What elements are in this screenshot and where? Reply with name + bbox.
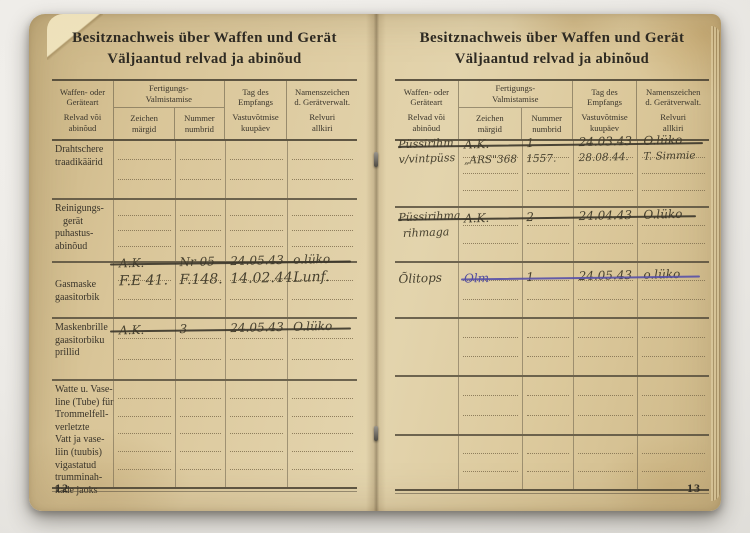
cell-nummer	[175, 381, 225, 487]
dotted-guide-line	[642, 243, 705, 244]
dotted-guide-line	[118, 359, 171, 360]
cell-zeichen	[458, 377, 522, 434]
dotted-guide-line	[180, 416, 221, 417]
dotted-guide-line	[292, 359, 353, 360]
cell-unterschrift	[287, 319, 357, 379]
cell-nummer	[175, 319, 225, 379]
dotted-guide-line	[527, 337, 569, 338]
table-header: Waffen- oder Geräteart Relvad või abinõu…	[395, 81, 709, 141]
dotted-guide-line	[230, 338, 284, 339]
row-label: Maskenbrille gaasitorbiku prillid	[52, 319, 113, 379]
dotted-guide-line	[180, 179, 221, 180]
dotted-guide-line	[180, 299, 221, 300]
dotted-guide-line	[118, 215, 171, 216]
cell-datum	[225, 141, 288, 198]
header-col-fertigungs: Fertigungs- Valmistamise Zeichen märgid …	[113, 81, 225, 139]
dotted-guide-line	[230, 433, 284, 434]
dotted-guide-line	[180, 280, 221, 281]
dotted-guide-line	[230, 359, 284, 360]
dotted-guide-line	[527, 190, 569, 191]
page-right: Besitznachweis über Waffen und Gerät Väl…	[375, 14, 721, 511]
dotted-guide-line	[230, 299, 284, 300]
row-label	[395, 263, 458, 317]
title-estonian: Väljaantud relvad ja abinõud	[395, 51, 709, 68]
title-estonian: Väljaantud relvad ja abinõud	[52, 51, 357, 68]
dotted-guide-line	[463, 415, 518, 416]
dotted-guide-line	[463, 299, 518, 300]
dotted-guide-line	[527, 395, 569, 396]
cell-unterschrift	[287, 200, 357, 261]
dotted-guide-line	[292, 179, 353, 180]
cell-zeichen	[113, 200, 175, 261]
staple	[374, 426, 378, 441]
dotted-guide-line	[230, 246, 284, 247]
dotted-guide-line	[642, 415, 705, 416]
cell-datum	[225, 381, 288, 487]
dotted-guide-line	[180, 338, 221, 339]
table-row-drahtschere: Drahtschere traadikäärid	[52, 141, 357, 200]
cell-zeichen	[458, 141, 522, 206]
cell-unterschrift	[637, 208, 709, 261]
dotted-guide-line	[527, 243, 569, 244]
table-row-oelitops: Õlitops Olm 1 24.05.43 o.lüko	[395, 263, 709, 319]
title-german: Besitznachweis über Waffen und Gerät	[52, 30, 357, 47]
cell-zeichen	[113, 381, 175, 487]
dotted-guide-line	[463, 173, 518, 174]
dotted-guide-line	[180, 433, 221, 434]
cell-nummer	[522, 436, 573, 489]
dotted-guide-line	[230, 469, 284, 470]
cell-nummer	[522, 208, 573, 261]
table-header: Waffen- oder Geräteart Relvad või abinõu…	[52, 81, 357, 141]
cell-zeichen	[113, 319, 175, 379]
table-row-maskenbrille: Maskenbrille gaasitorbiku prillid A.K. 3…	[52, 319, 357, 381]
dotted-guide-line	[642, 356, 705, 357]
header-col-fertigungs: Fertigungs- Valmistamise Zeichen märgid …	[458, 81, 573, 139]
cell-unterschrift	[637, 377, 709, 434]
header-col-namenszeichen: Namenszeichen d. Gerätverwalt. Relvuri a…	[637, 81, 709, 139]
row-label	[395, 141, 458, 206]
cell-datum	[573, 319, 638, 375]
dotted-guide-line	[180, 230, 221, 231]
dotted-guide-line	[292, 280, 353, 281]
dotted-guide-line	[180, 359, 221, 360]
dotted-guide-line	[118, 398, 171, 399]
dotted-guide-line	[642, 157, 705, 158]
dotted-guide-line	[527, 299, 569, 300]
dotted-guide-line	[527, 280, 569, 281]
cell-datum	[573, 263, 638, 317]
dotted-guide-line	[118, 299, 171, 300]
dotted-guide-line	[578, 356, 634, 357]
dotted-guide-line	[118, 159, 171, 160]
cell-unterschrift	[287, 141, 357, 198]
dotted-guide-line	[292, 215, 353, 216]
row-label	[395, 319, 458, 375]
dotted-guide-line	[642, 299, 705, 300]
dotted-guide-line	[642, 337, 705, 338]
cell-datum	[225, 263, 288, 317]
dotted-guide-line	[578, 453, 634, 454]
dotted-guide-line	[118, 230, 171, 231]
photo-background: Besitznachweis über Waffen und Gerät Väl…	[0, 0, 750, 533]
header-subcol-nummer: Nummer numbrid	[521, 108, 572, 139]
table-row-vintpuess: Püssirihm v/vintpüss A.K. 1 24.03.43 O.l…	[395, 141, 709, 208]
dotted-guide-line	[118, 416, 171, 417]
cell-zeichen	[458, 208, 522, 261]
cell-nummer	[522, 377, 573, 434]
dotted-guide-line	[527, 173, 569, 174]
cell-unterschrift	[637, 141, 709, 206]
cell-nummer	[522, 319, 573, 375]
table-row-gasmaske: Gasmaske gaasitorbik A.K. Nr 05 24.05.43…	[52, 263, 357, 319]
cell-zeichen	[458, 263, 522, 317]
table-row-empty	[395, 377, 709, 436]
row-label	[395, 208, 458, 261]
dotted-guide-line	[463, 225, 518, 226]
cell-unterschrift	[287, 381, 357, 487]
header-col-item: Waffen- oder Geräteart Relvad või abinõu…	[52, 81, 113, 139]
page-number-right: 13	[687, 481, 701, 496]
cell-datum	[225, 200, 288, 261]
dotted-guide-line	[463, 337, 518, 338]
dotted-guide-line	[578, 280, 634, 281]
header-col-empfang: Tag des Empfangs Vastuvõtmise kuupäev	[573, 81, 638, 139]
row-label: Drahtschere traadikäärid	[52, 141, 113, 198]
cell-datum	[573, 436, 638, 489]
cell-unterschrift	[287, 263, 357, 317]
cell-zeichen	[458, 319, 522, 375]
dotted-guide-line	[292, 451, 353, 452]
dotted-guide-line	[230, 159, 284, 160]
dotted-guide-line	[463, 453, 518, 454]
dotted-guide-line	[292, 299, 353, 300]
table-row-watte-vaseline: Watte u. Vase- line (Tube) für Trommelfe…	[52, 381, 357, 487]
dotted-guide-line	[578, 415, 634, 416]
table-row-empty	[395, 436, 709, 489]
dotted-guide-line	[642, 453, 705, 454]
table-row-puessirihm: Püssirihma rihmaga A.K. 2 24.04.43 O.lük…	[395, 208, 709, 263]
row-label	[395, 436, 458, 489]
dotted-guide-line	[527, 453, 569, 454]
header-fertigungs-title: Fertigungs- Valmistamise	[114, 81, 224, 108]
cell-datum	[573, 208, 638, 261]
dotted-guide-line	[578, 243, 634, 244]
dotted-guide-line	[642, 280, 705, 281]
cell-nummer	[175, 263, 225, 317]
title-german: Besitznachweis über Waffen und Gerät	[395, 30, 709, 47]
table-row-empty	[395, 319, 709, 377]
cell-unterschrift	[637, 263, 709, 317]
dotted-guide-line	[118, 246, 171, 247]
dotted-guide-line	[292, 469, 353, 470]
dotted-guide-line	[230, 451, 284, 452]
dotted-guide-line	[463, 190, 518, 191]
dotted-guide-line	[642, 471, 705, 472]
dotted-guide-line	[578, 395, 634, 396]
dotted-guide-line	[463, 471, 518, 472]
dotted-guide-line	[292, 230, 353, 231]
cell-nummer	[175, 200, 225, 261]
dotted-guide-line	[118, 280, 171, 281]
dotted-guide-line	[180, 398, 221, 399]
dotted-guide-line	[578, 190, 634, 191]
dotted-guide-line	[527, 415, 569, 416]
dotted-guide-line	[463, 243, 518, 244]
header-subcol-zeichen: Zeichen märgid	[114, 108, 174, 139]
dotted-guide-line	[292, 398, 353, 399]
cell-zeichen	[113, 141, 175, 198]
cell-zeichen	[458, 436, 522, 489]
dotted-guide-line	[180, 451, 221, 452]
staple	[374, 152, 378, 167]
dotted-guide-line	[642, 173, 705, 174]
dotted-guide-line	[118, 451, 171, 452]
row-label: Gasmaske gaasitorbik	[52, 263, 113, 317]
page-number-left: 12	[55, 481, 69, 496]
cell-datum	[225, 319, 288, 379]
dotted-guide-line	[527, 471, 569, 472]
header-col-item: Waffen- oder Geräteart Relvad või abinõu…	[395, 81, 458, 139]
dotted-guide-line	[180, 159, 221, 160]
dotted-guide-line	[578, 157, 634, 158]
dotted-guide-line	[230, 280, 284, 281]
dotted-guide-line	[118, 469, 171, 470]
cell-datum	[573, 141, 638, 206]
dotted-guide-line	[527, 157, 569, 158]
row-label	[395, 377, 458, 434]
dotted-guide-line	[463, 157, 518, 158]
weapons-table-left: Waffen- oder Geräteart Relvad või abinõu…	[52, 79, 357, 489]
row-label: Reinigungs- gerät puhastus- abinõud	[52, 200, 113, 261]
cell-unterschrift	[637, 319, 709, 375]
dotted-guide-line	[118, 338, 171, 339]
dotted-guide-line	[230, 215, 284, 216]
dotted-guide-line	[180, 246, 221, 247]
dotted-guide-line	[292, 416, 353, 417]
dotted-guide-line	[230, 398, 284, 399]
header-col-namenszeichen: Namenszeichen d. Gerätverwalt. Relvuri a…	[287, 81, 357, 139]
dotted-guide-line	[463, 280, 518, 281]
dotted-guide-line	[463, 395, 518, 396]
page-title: Besitznachweis über Waffen und Gerät Väl…	[395, 30, 709, 68]
dotted-guide-line	[118, 433, 171, 434]
booklet: Besitznachweis über Waffen und Gerät Väl…	[29, 14, 721, 511]
header-col-empfang: Tag des Empfangs Vastuvõtmise kuupäev	[225, 81, 288, 139]
dotted-guide-line	[292, 433, 353, 434]
header-subcol-nummer: Nummer numbrid	[174, 108, 223, 139]
dotted-guide-line	[292, 159, 353, 160]
weapons-table-right: Waffen- oder Geräteart Relvad või abinõu…	[395, 79, 709, 491]
dotted-guide-line	[118, 179, 171, 180]
dotted-guide-line	[578, 299, 634, 300]
dotted-guide-line	[180, 469, 221, 470]
page-title: Besitznachweis über Waffen und Gerät Väl…	[52, 30, 357, 68]
cell-zeichen	[113, 263, 175, 317]
dotted-guide-line	[230, 230, 284, 231]
dotted-guide-line	[578, 173, 634, 174]
table-row-reinigungsgeraet: Reinigungs- gerät puhastus- abinõud	[52, 200, 357, 263]
dotted-guide-line	[527, 225, 569, 226]
dotted-guide-line	[463, 356, 518, 357]
header-subcol-zeichen: Zeichen märgid	[459, 108, 521, 139]
dotted-guide-line	[642, 190, 705, 191]
cell-nummer	[522, 263, 573, 317]
dotted-guide-line	[230, 416, 284, 417]
dotted-guide-line	[292, 338, 353, 339]
dotted-guide-line	[180, 215, 221, 216]
cell-datum	[573, 377, 638, 434]
dotted-guide-line	[642, 225, 705, 226]
dotted-guide-line	[578, 337, 634, 338]
dotted-guide-line	[578, 225, 634, 226]
dotted-guide-line	[230, 179, 284, 180]
dotted-guide-line	[527, 356, 569, 357]
cell-nummer	[522, 141, 573, 206]
cell-nummer	[175, 141, 225, 198]
dotted-guide-line	[642, 395, 705, 396]
row-label: Watte u. Vase- line (Tube) für Trommelfe…	[52, 381, 113, 487]
dotted-guide-line	[292, 246, 353, 247]
header-fertigungs-title: Fertigungs- Valmistamise	[459, 81, 572, 108]
page-left: Besitznachweis über Waffen und Gerät Väl…	[29, 14, 375, 511]
dotted-guide-line	[578, 471, 634, 472]
